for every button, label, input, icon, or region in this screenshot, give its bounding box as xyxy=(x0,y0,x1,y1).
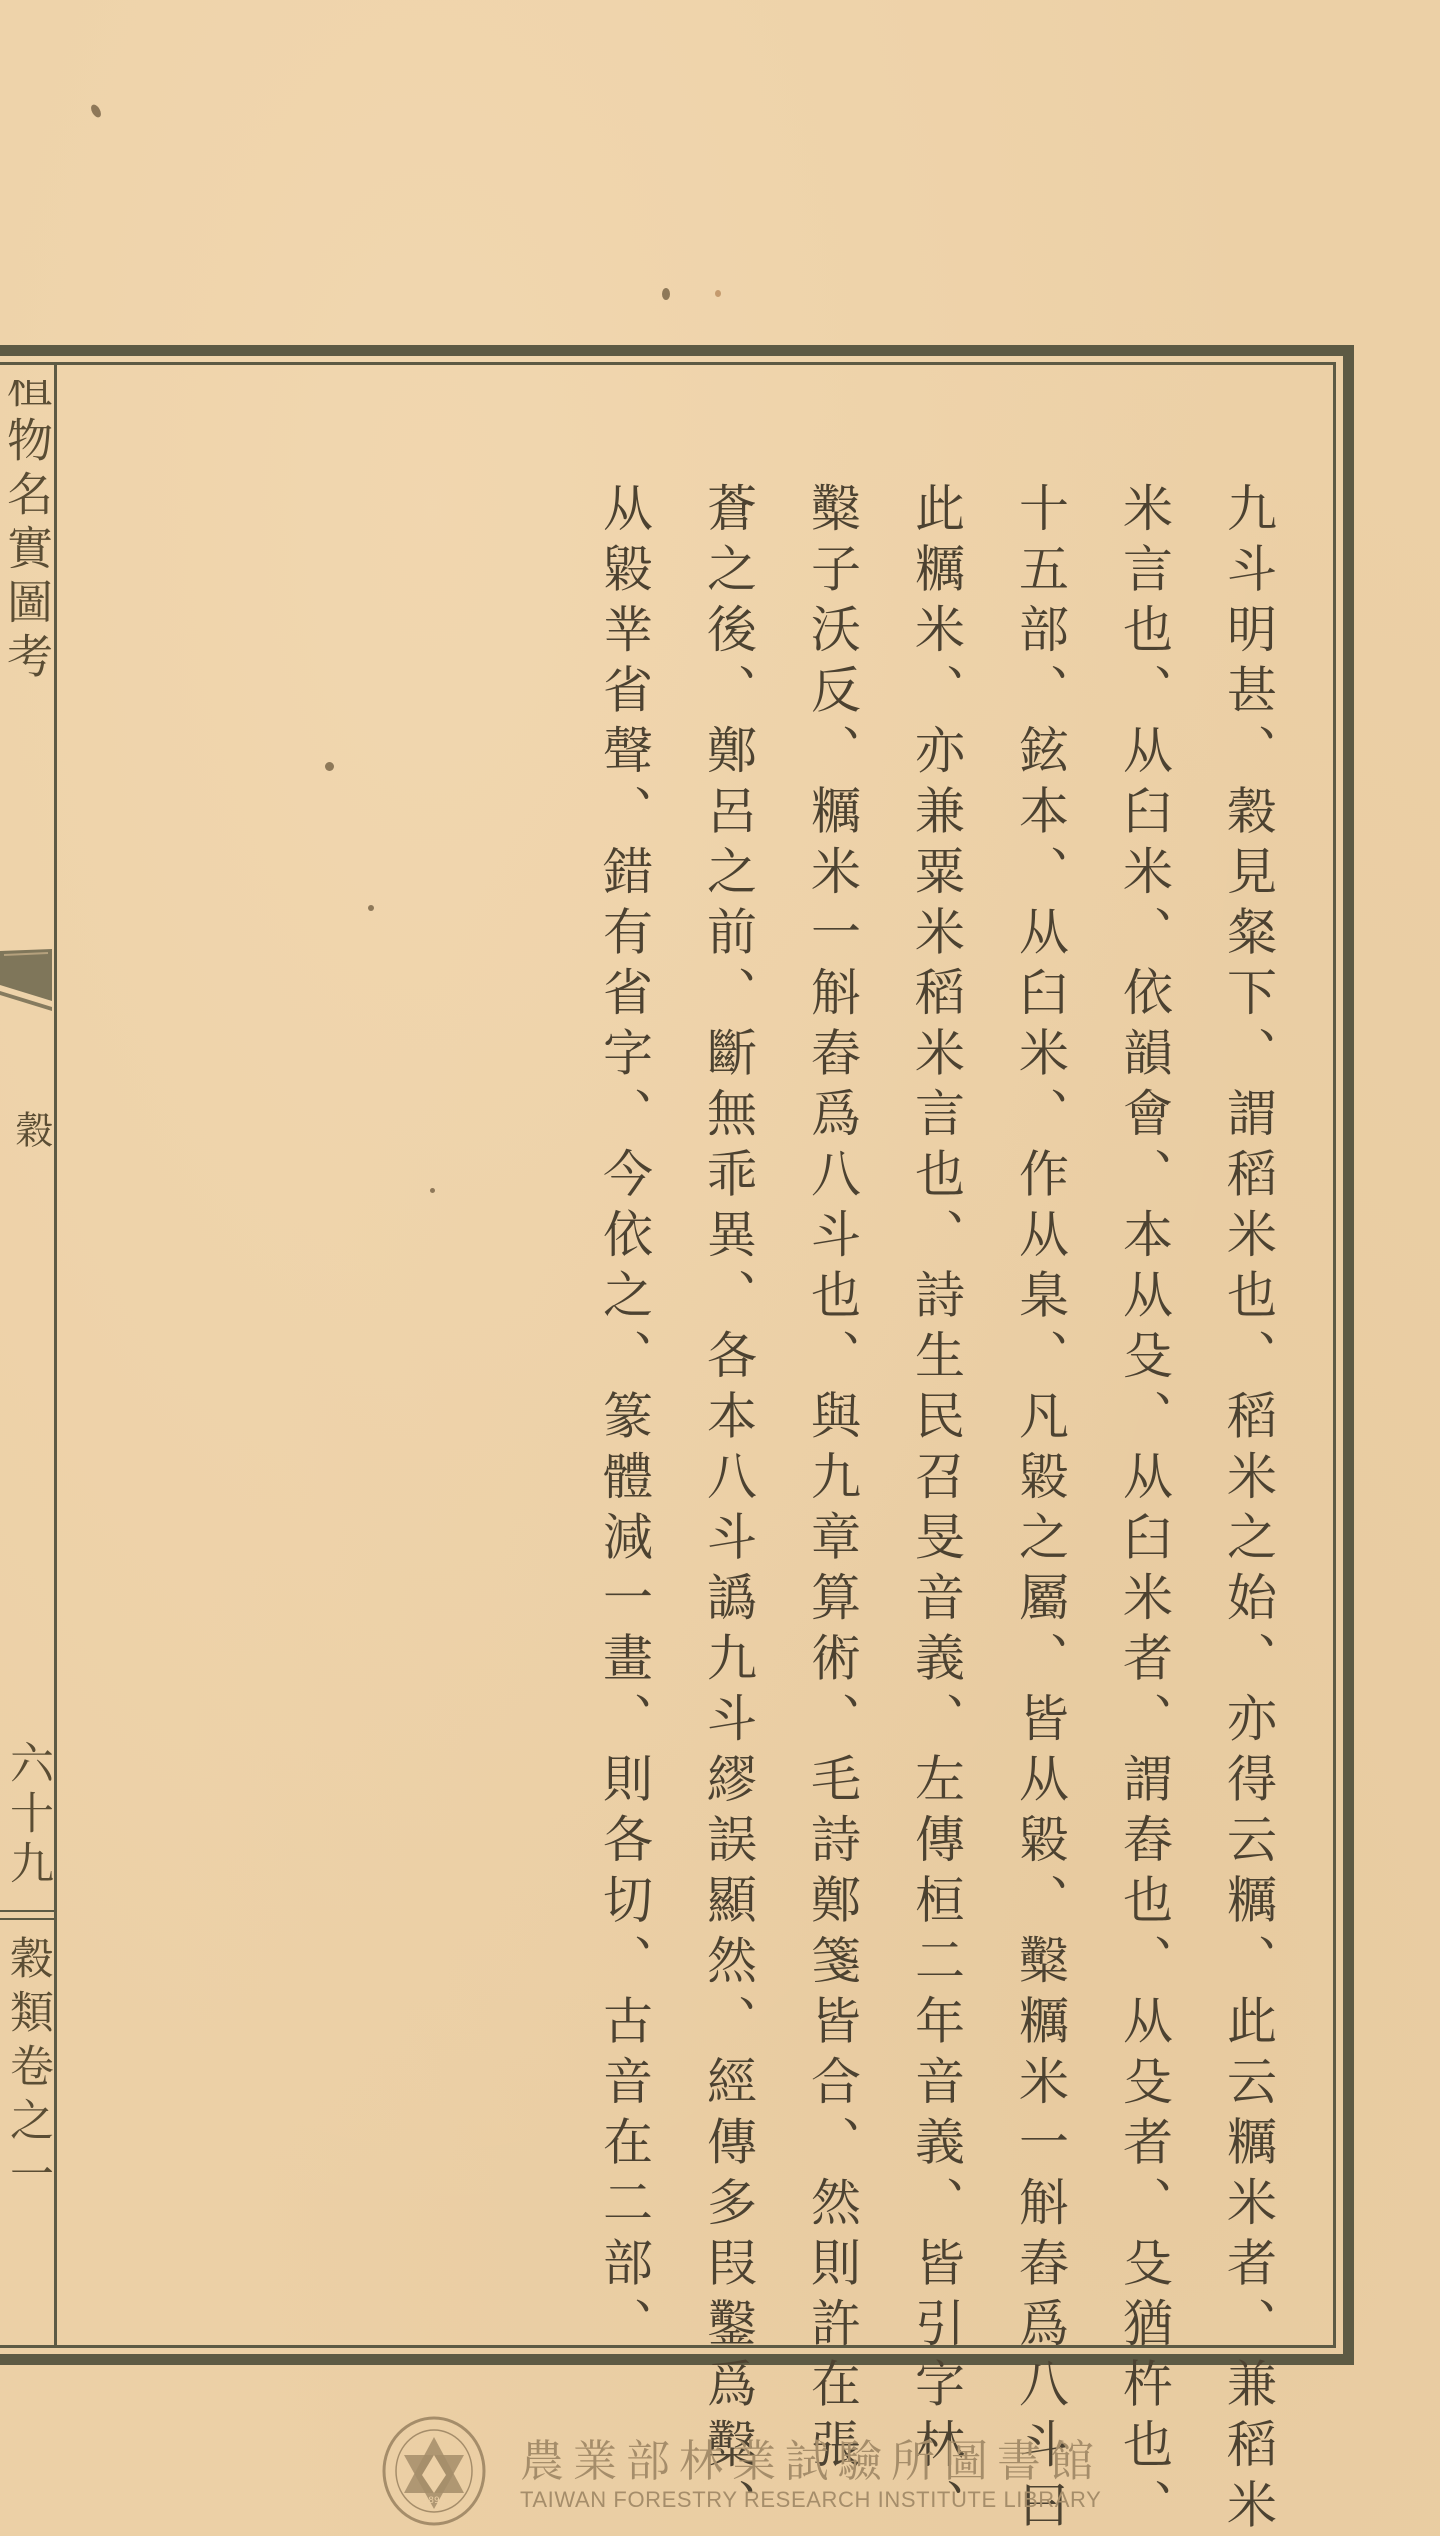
page-number: 六十九 xyxy=(2,1740,52,1890)
text-column: 蒼之後、鄭呂之前、斷無乖異、各本八斗譌九斗繆誤顯然、經傳多叚鑿爲糳、 xyxy=(676,482,780,2342)
paper-speck xyxy=(89,103,103,119)
text-column: 从毇丵省聲、錯有省字、今依之、篆體減一畫、則各切、古音在二部、 xyxy=(572,482,676,2342)
institute-seal-icon: 1896 xyxy=(380,2415,488,2527)
text-column: 九斗明甚、穀見粲下、謂稻米也、稻米之始、亦得云糲、此云糲米者、兼稻米粟 xyxy=(1196,482,1300,2342)
margin-double-rule xyxy=(0,1910,54,1920)
margin-strip: 植物名實圖考 穀 六十九 穀類卷之一 xyxy=(0,370,54,2340)
text-column: 此糲米、亦兼粟米稻米言也、詩生民召旻音義、左傳桓二年音義、皆引字林、 xyxy=(884,482,988,2342)
library-watermark: 1896 農業部林業試驗所圖書館 TAIWAN FORESTRY RESEARC… xyxy=(380,2415,1100,2530)
book-title: 植物名實圖考 xyxy=(2,380,52,940)
text-column: 米言也、从臼米、依韻會、本从殳、从臼米者、謂舂也、从殳者、殳猶杵也、許委切、 xyxy=(1092,482,1196,2342)
paper-speck xyxy=(662,288,670,300)
library-name-english: TAIWAN FORESTRY RESEARCH INSTITUTE LIBRA… xyxy=(520,2487,1101,2513)
category-label: 穀 xyxy=(4,1110,59,1148)
text-column: 十五部、鉉本、从臼米、作从臬、凡毇之屬、皆从毇、糳糲米一斛舂爲八斗曰糳、 xyxy=(988,482,1092,2342)
fishtail-mark-icon xyxy=(0,945,54,1015)
margin-separator-line xyxy=(54,362,57,2348)
body-text: 九斗明甚、穀見粲下、謂稻米也、稻米之始、亦得云糲、此云糲米者、兼稻米粟 米言也、… xyxy=(560,482,1300,2342)
seal-year: 1896 xyxy=(423,2496,446,2506)
volume-label: 穀類卷之一 xyxy=(2,1935,52,2205)
text-column: 糳子沃反、糲米一斛舂爲八斗也、與九章算術、毛詩鄭箋皆合、然則許在張 xyxy=(780,482,884,2342)
library-name-chinese: 農業部林業試驗所圖書館 xyxy=(520,2425,1103,2489)
paper-speck xyxy=(715,290,721,297)
